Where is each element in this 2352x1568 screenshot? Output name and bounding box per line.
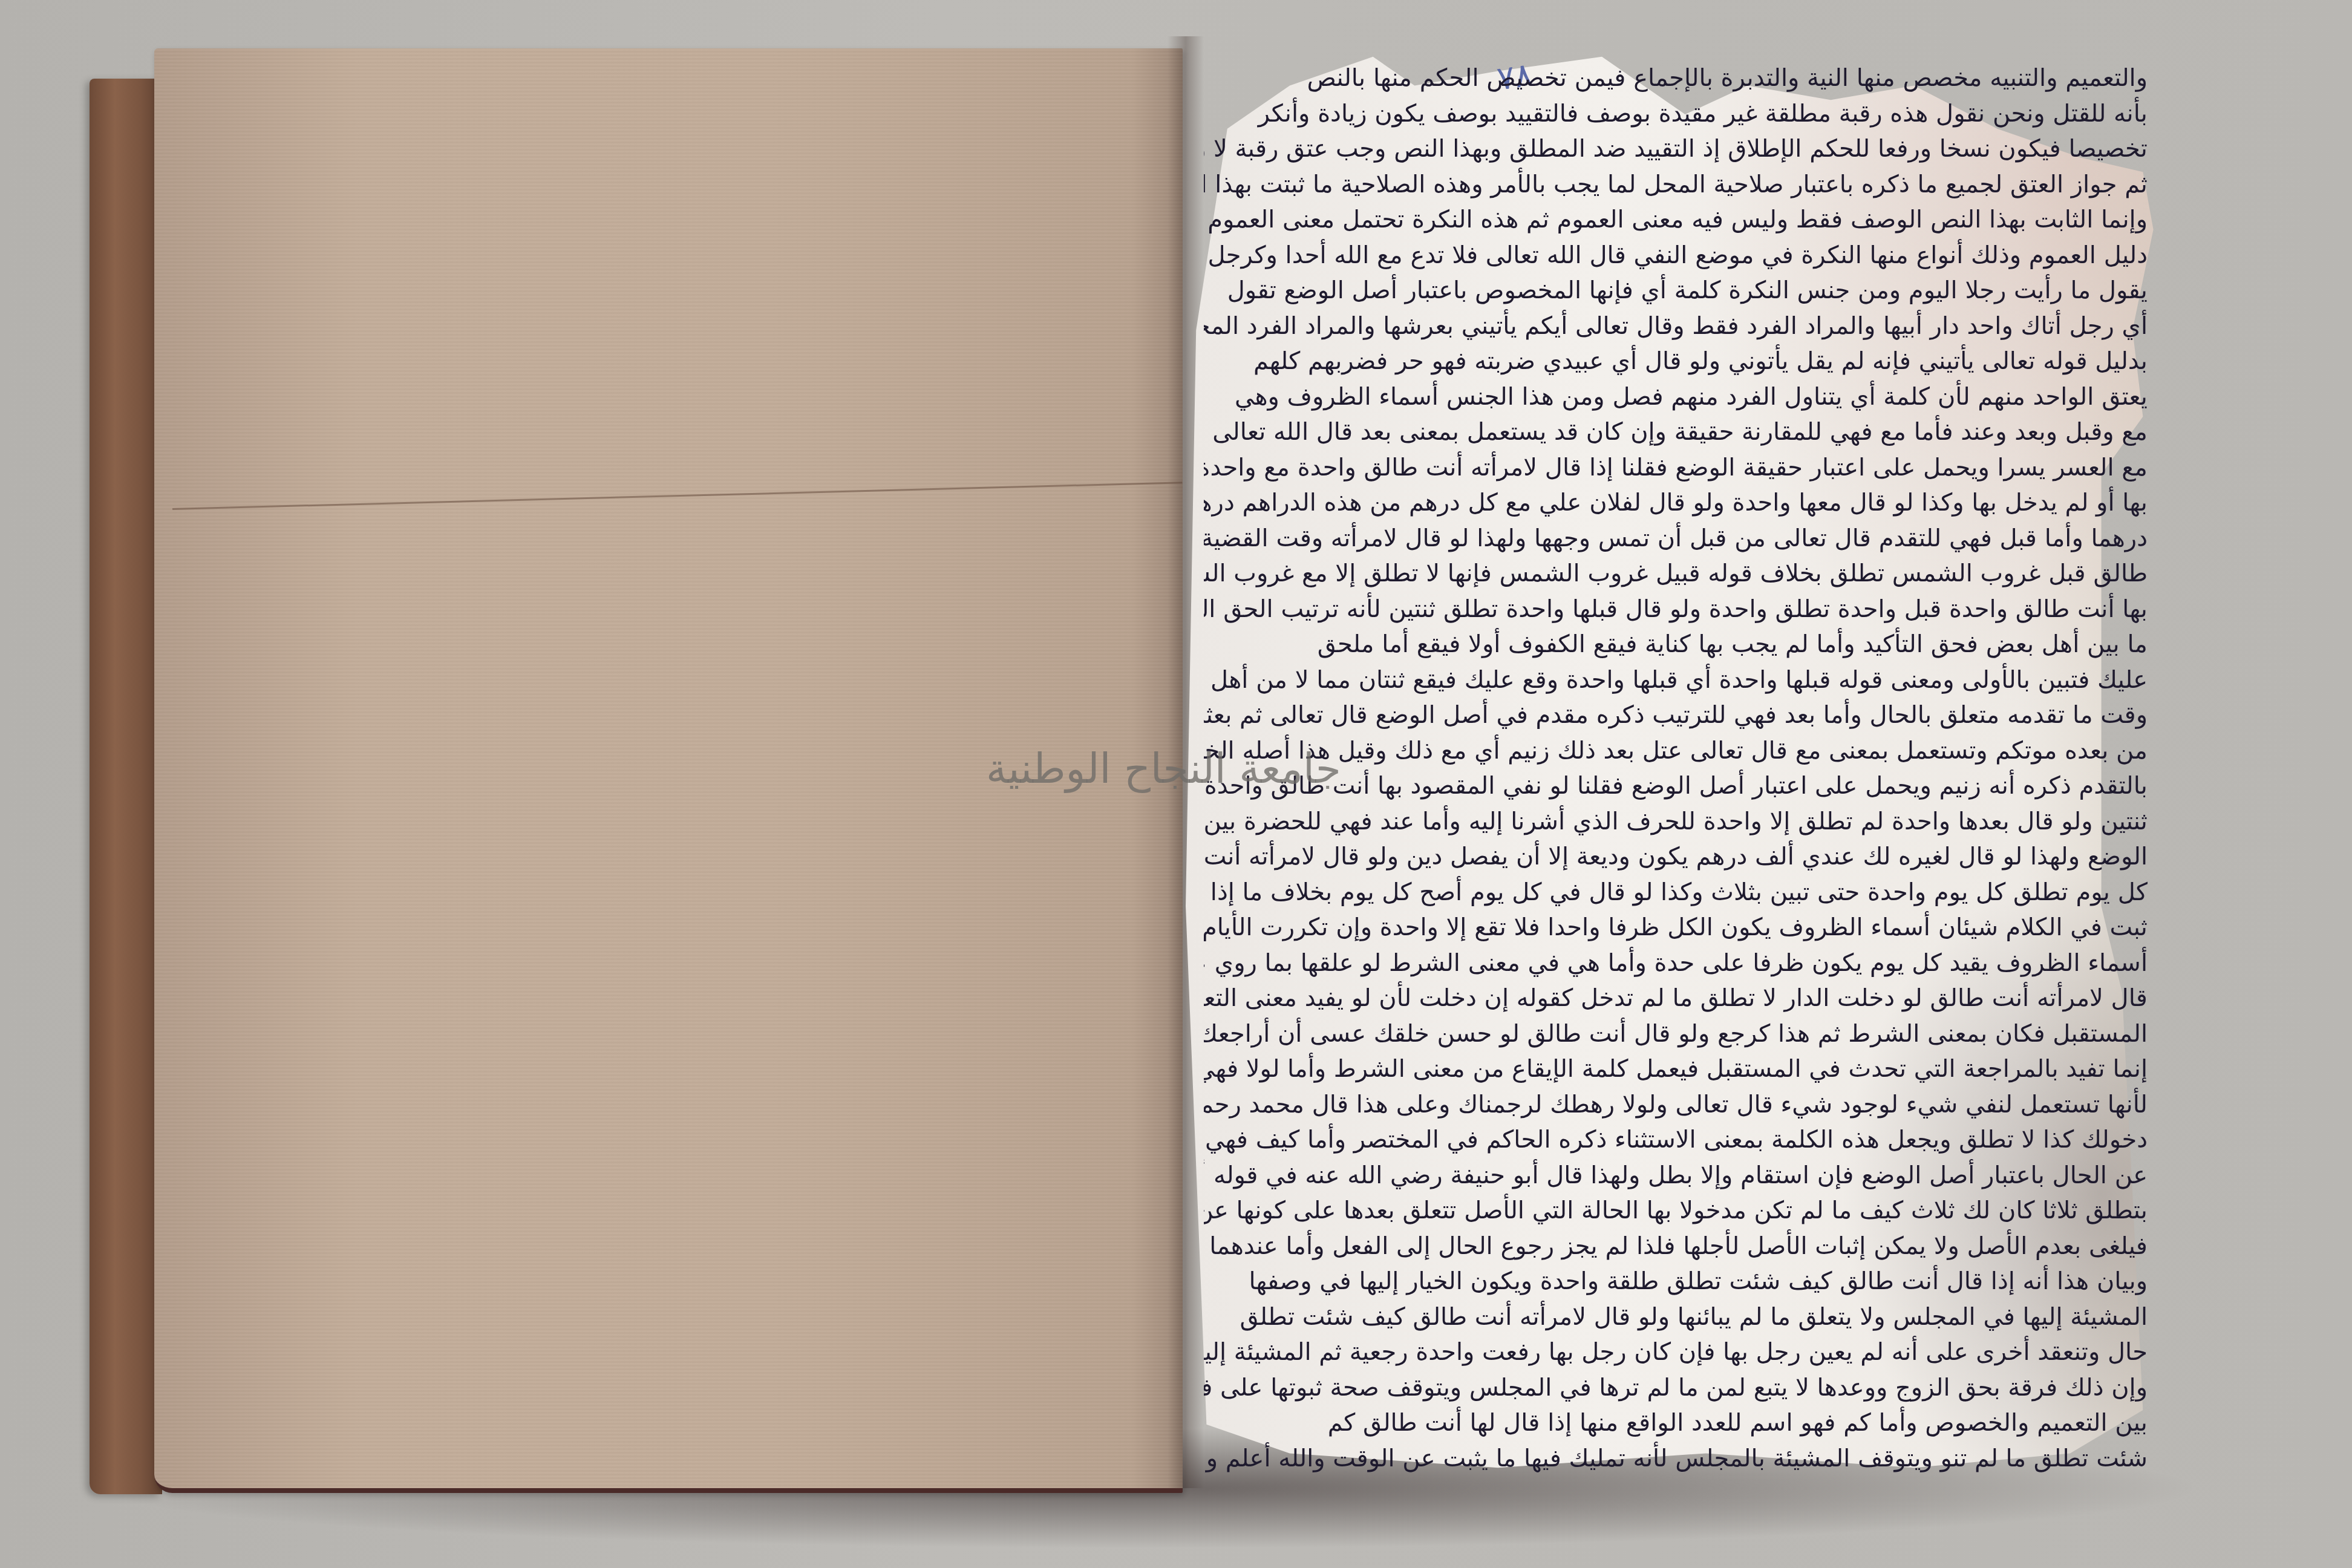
- manuscript-line: عليك فتبين بالأولى ومعنى قوله قبلها واحد…: [1204, 662, 2148, 698]
- manuscript-line: وإن ذلك فرقة بحق الزوج ووعدها لا يتبع لم…: [1204, 1370, 2148, 1406]
- manuscript-line: يعتق الواحد منهم لأن كلمة أي يتناول الفر…: [1204, 379, 2148, 415]
- manuscript-line: حال وتنعقد أخرى على أنه لم يعين رجل بها …: [1204, 1334, 2148, 1370]
- manuscript-line: شئت تطلق ما لم تنو ويتوقف المشيئة بالمجل…: [1204, 1441, 2148, 1477]
- manuscript-line: أسماء الظروف يقيد كل يوم يكون ظرفا على ح…: [1204, 946, 2148, 981]
- manuscript-line: مع العسر يسرا ويحمل على اعتبار حقيقة الو…: [1204, 450, 2148, 486]
- manuscript-line: بدليل قوله تعالى يأتيني فإنه لم يقل يأتو…: [1204, 344, 2148, 379]
- manuscript-line: دخولك كذا لا تطلق ويجعل هذه الكلمة بمعنى…: [1204, 1122, 2148, 1158]
- manuscript-line: ثنتين ولو قال بعدها واحدة لم تطلق إلا وا…: [1204, 804, 2148, 840]
- manuscript-line: المشيئة إليها في المجلس ولا يتعلق ما لم …: [1204, 1299, 2148, 1335]
- manuscript-line: ما بين أهل بعض فحق التأكيد وأما لم يجب ب…: [1204, 627, 2148, 662]
- manuscript-line: وقت ما تقدمه متعلق بالحال وأما بعد فهي ل…: [1204, 697, 2148, 733]
- manuscript-line: طالق قبل غروب الشمس تطلق بخلاف قوله قبيل…: [1204, 556, 2148, 592]
- manuscript-line: بالتقدم ذكره أنه زنيم ويحمل على اعتبار أ…: [1204, 768, 2148, 804]
- manuscript-line: درهما وأما قبل فهي للتقدم قال تعالى من ق…: [1204, 521, 2148, 557]
- manuscript-line: الوضع ولهذا لو قال لغيره لك عندي ألف دره…: [1204, 839, 2148, 875]
- manuscript-line: بأنه للقتل ونحن نقول هذه رقبة مطلقة غير …: [1204, 96, 2148, 132]
- manuscript-line: مع وقبل وبعد وعند فأما مع فهي للمقارنة ح…: [1204, 414, 2148, 450]
- manuscript-line: وإنما الثابت بهذا النص الوصف فقط وليس في…: [1204, 202, 2148, 238]
- manuscript-line: ثبت في الكلام شيئان أسماء الظروف يكون ال…: [1204, 910, 2148, 946]
- manuscript-line: والتعميم والتنبيه مخصص منها النية والتدب…: [1204, 60, 2148, 96]
- manuscript-line: بين التعميم والخصوص وأما كم فهو اسم للعد…: [1204, 1405, 2148, 1441]
- manuscript-line: من بعده موتكم وتستعمل بمعنى مع قال تعالى…: [1204, 733, 2148, 769]
- manuscript-line: وبيان هذا أنه إذا قال أنت طالق كيف شئت ت…: [1204, 1264, 2148, 1299]
- university-watermark: جامعة النجاح الوطنية: [986, 745, 1341, 793]
- manuscript-line: قال لامرأته أنت طالق لو دخلت الدار لا تط…: [1204, 981, 2148, 1016]
- manuscript-line: كل يوم تطلق كل يوم واحدة حتى تبين بثلاث …: [1204, 875, 2148, 910]
- manuscript-line: بها أنت طالق واحدة قبل واحدة تطلق واحدة …: [1204, 592, 2148, 627]
- manuscript-line: بتطلق ثلاثا كان لك ثلاث كيف ما لم تكن مد…: [1204, 1193, 2148, 1229]
- manuscript-line: دليل العموم وذلك أنواع منها النكرة في مو…: [1204, 238, 2148, 273]
- manuscript-text-block: والتعميم والتنبيه مخصص منها النية والتدب…: [1204, 60, 2148, 1476]
- manuscript-line: المستقبل فكان بمعنى الشرط ثم هذا كرجع ول…: [1204, 1016, 2148, 1052]
- manuscript-line: أي رجل أتاك واحد دار أبيها والمراد الفرد…: [1204, 309, 2148, 344]
- manuscript-line: بها أو لم يدخل بها وكذا لو قال معها واحد…: [1204, 485, 2148, 521]
- book-spine-leather: [90, 79, 162, 1494]
- manuscript-line: عن الحال باعتبار أصل الوضع فإن استقام وإ…: [1204, 1158, 2148, 1194]
- manuscript-line: ثم جواز العتق لجميع ما ذكره باعتبار صلاح…: [1204, 167, 2148, 203]
- manuscript-line: إنما تفيد بالمراجعة التي تحدث في المستقب…: [1204, 1051, 2148, 1087]
- manuscript-line: لأنها تستعمل لنفي شيء لوجود شيء قال تعال…: [1204, 1087, 2148, 1123]
- manuscript-line: يقول ما رأيت رجلا اليوم ومن جنس النكرة ك…: [1204, 273, 2148, 309]
- manuscript-line: تخصيصا فيكون نسخا ورفعا للحكم الإطلاق إذ…: [1204, 131, 2148, 167]
- manuscript-line: فيلغى بعدم الأصل ولا يمكن إثبات الأصل لأ…: [1204, 1229, 2148, 1264]
- paper-crease-line: [172, 482, 1183, 510]
